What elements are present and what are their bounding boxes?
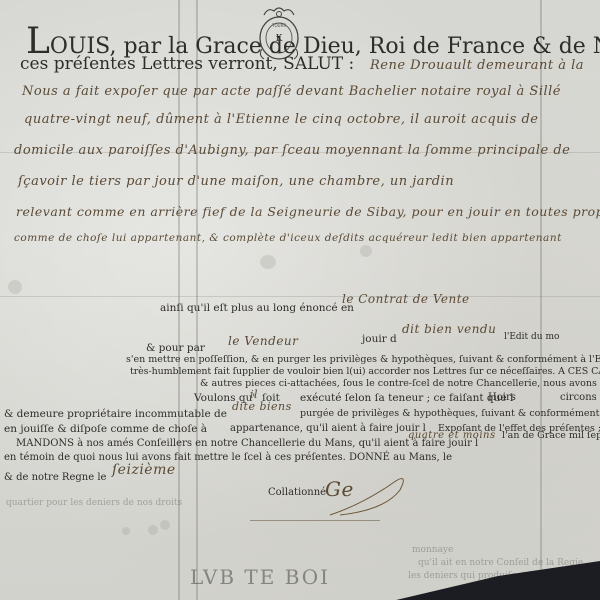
printed-line: ainſi qu'il eſt plus au long énoncé en [160, 302, 354, 314]
printed-line: très-humblement fait ſupplier de vouloir… [130, 366, 600, 377]
handwritten-line: comme de choſe lui appartenant, & complè… [14, 232, 562, 244]
handwritten-fill: dite biens [232, 400, 292, 413]
printed-line: & pour par [146, 342, 205, 354]
salut-text: SALUT : [283, 54, 354, 74]
stain [260, 255, 276, 269]
handwritten-line: Nous a fait expoſer que par acte paſſé d… [22, 84, 561, 99]
handwritten-reign-year: ſeizième [112, 462, 176, 478]
bleed-through-text: les deniers qui produiſent les droits [408, 571, 571, 581]
handwritten-date: quatre et moins [408, 430, 496, 441]
handwritten-line: relevant comme en arrière fief de la Sei… [16, 204, 600, 219]
stamp-le-roi-mirrored: LVB TE BOI [190, 565, 330, 589]
printed-line: en témoin de quoi nous lui avons fait me… [4, 452, 452, 463]
signature-flourish-icon [320, 470, 410, 520]
bleed-through-text: monnaye [412, 545, 453, 555]
printed-line: purgée de privilèges & hypothèques, ſuiv… [300, 408, 600, 419]
handwritten-name: Rene Drouault demeurant à la [370, 58, 584, 73]
bleed-through-text: qu'il ait en notre Conſeil de la Regie [418, 558, 583, 568]
stain [8, 280, 22, 294]
printed-line: l'Edit du mo [504, 332, 559, 342]
stain [160, 520, 170, 530]
stain [122, 527, 130, 535]
printed-line: & de notre Regne le [4, 472, 106, 483]
printed-line: l'an de Grace mil ſept ce [502, 430, 600, 441]
signature-rule [250, 520, 380, 521]
handwritten-line: ſçavoir le tiers par jour d'une maiſon, … [18, 174, 454, 189]
fold-crease [0, 296, 600, 297]
stain [148, 525, 158, 535]
bleed-through-text: quartier pour les deniers de nos droits [6, 498, 182, 508]
handwritten-line: domicile aux paroiſſes d'Aubigny, par ſc… [14, 143, 570, 158]
printed-line: en jouiſſe & diſpoſe comme de choſe à [4, 423, 207, 435]
printed-line: exécuté ſelon ſa teneur ; ce faiſant que… [300, 392, 513, 404]
handwritten-line: quatre-vingt neuf, dûment à l'Etienne le… [24, 112, 539, 127]
stain [360, 245, 372, 257]
header-line-2-text: ces préſentes Lettres verront, [20, 54, 283, 74]
printed-line: appartenance, qu'il aient à faire jouir … [230, 423, 426, 434]
printed-line: & autres pieces ci-attachées, ſous le co… [200, 378, 600, 389]
printed-line: Hoirs [488, 392, 516, 403]
printed-line: & demeure propriétaire incommutable de [4, 408, 227, 420]
collationne-label: Collationné [268, 487, 326, 498]
header-line-2: ces préſentes Lettres verront, SALUT : [20, 54, 354, 74]
parchment-document: TOURS K LOUIS, par la Grace de Dieu, Roi… [0, 0, 600, 600]
handwritten-fill: le Contrat de Vente [342, 292, 470, 306]
printed-line: jouir d [362, 333, 397, 345]
handwritten-fill: dit bien vendu [402, 322, 496, 336]
handwritten-fill: le Vendeur [228, 334, 298, 348]
printed-line: s'en mettre en poſſeſſion, & en purger l… [126, 354, 600, 365]
printed-line: circons [560, 392, 597, 403]
